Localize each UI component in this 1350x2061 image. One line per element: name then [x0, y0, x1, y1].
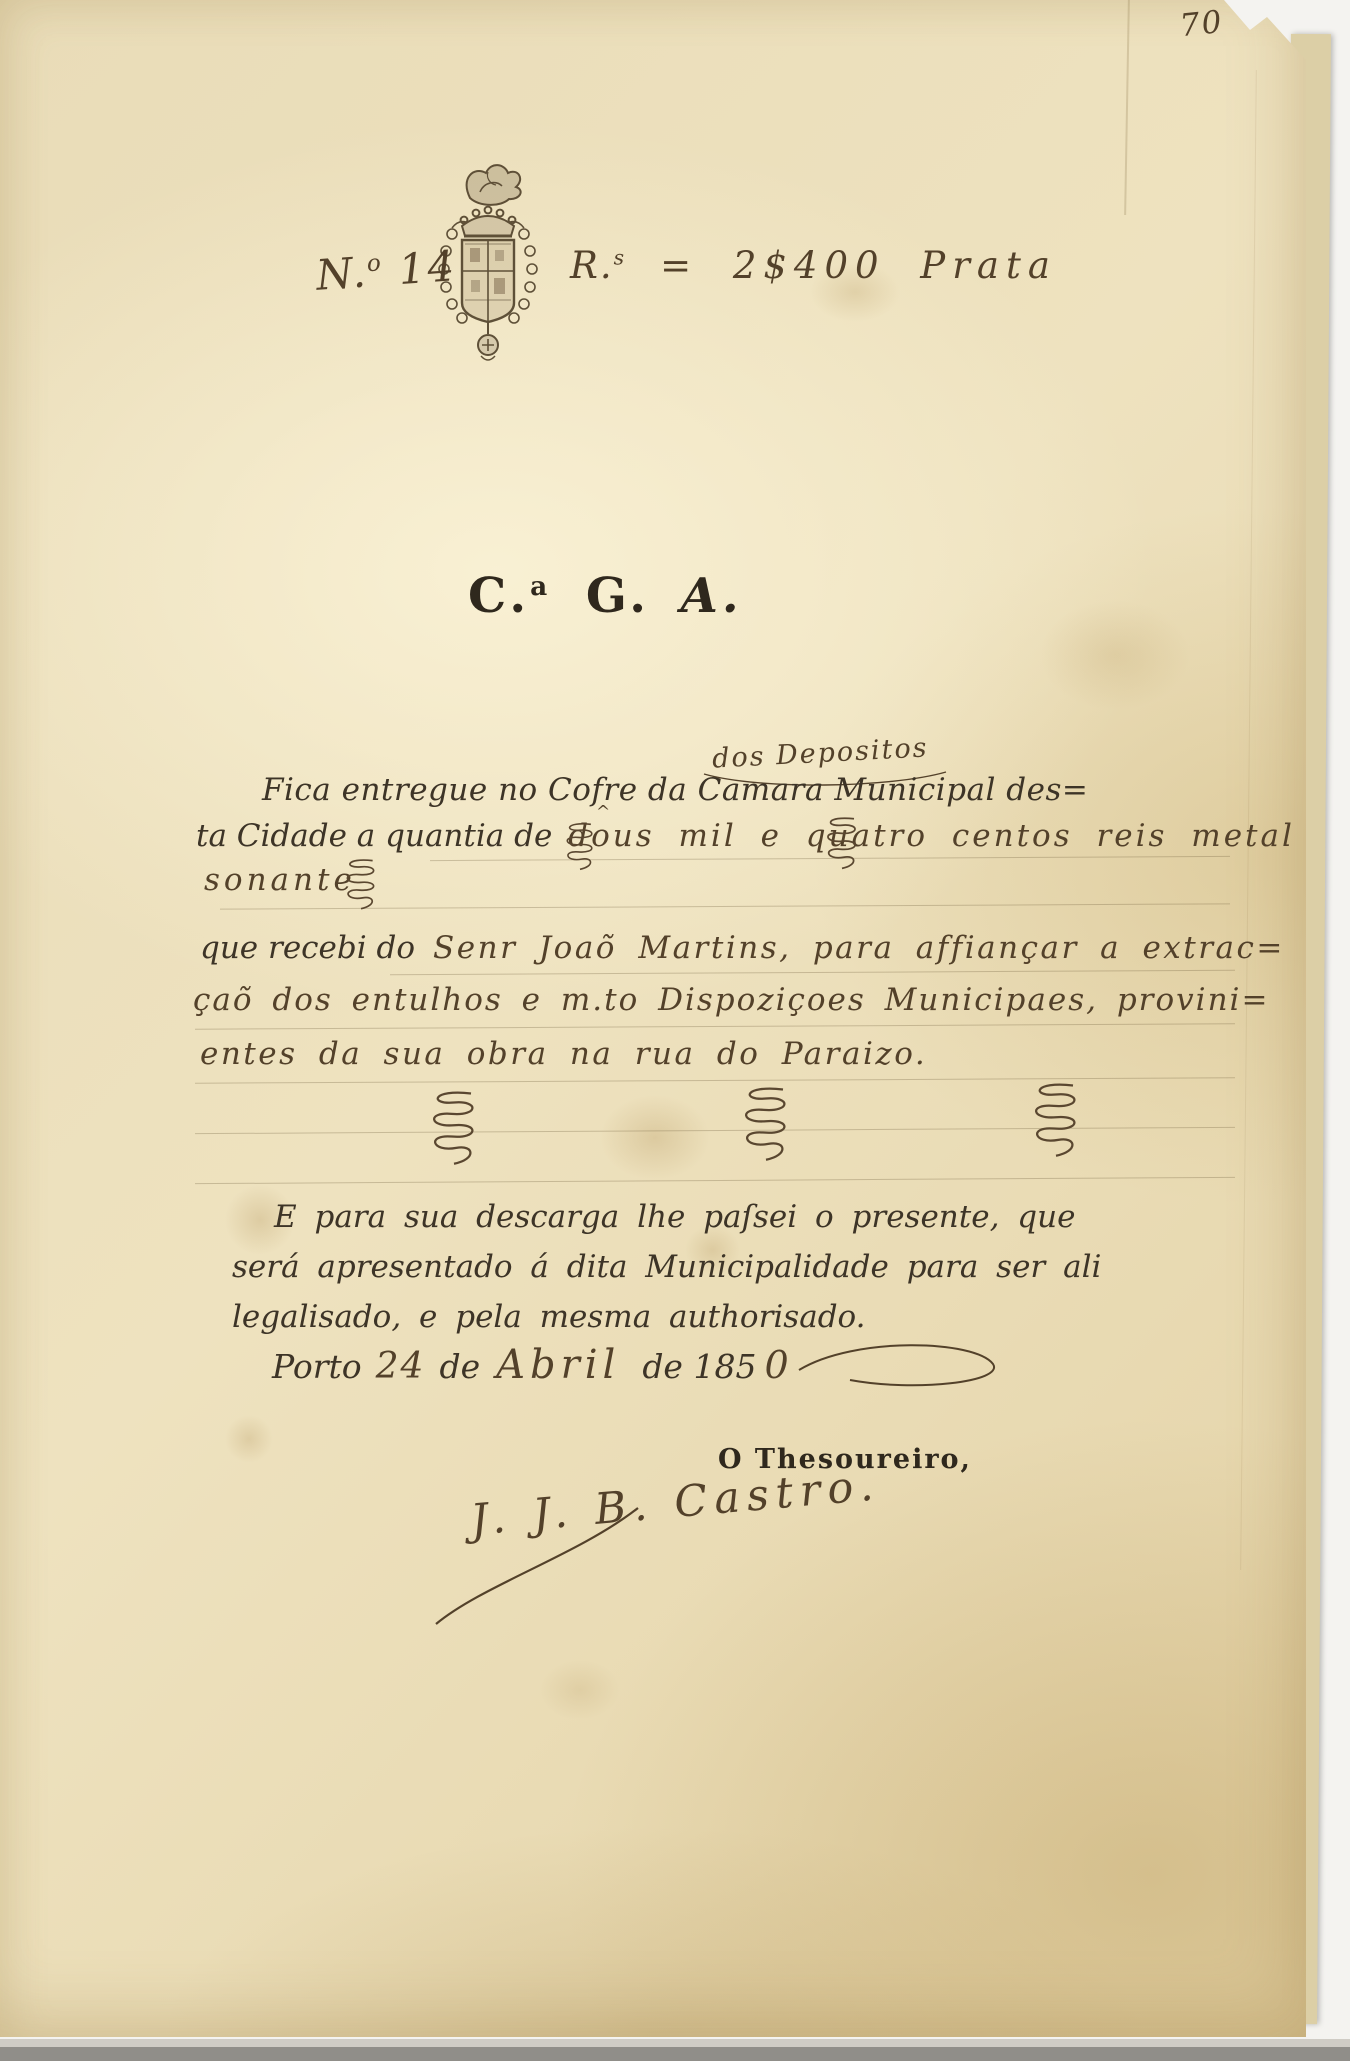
dateline-de1: de	[439, 1347, 480, 1386]
amount: R.s = 2$400 Prata	[570, 244, 1057, 287]
dateline-year-digit: 0	[764, 1343, 790, 1387]
series-title: C.a G. A.	[468, 568, 743, 624]
receipt-number-ordinal: o	[366, 250, 384, 277]
series-title-a: A.	[681, 568, 743, 624]
closing-line-2: será apresentado á dita Municipalidade p…	[232, 1242, 1101, 1292]
dateline-flourish	[795, 1342, 1005, 1388]
dateline-month: Abril	[496, 1342, 620, 1388]
filler-coil-icon	[732, 1082, 800, 1174]
paper-stain	[600, 1095, 710, 1180]
paper-stain	[540, 1660, 620, 1720]
receipt-number-value: 14	[397, 241, 458, 294]
body-line-2-printed: ta Cidade a quantia de	[196, 818, 552, 854]
folio-number: 70	[1178, 4, 1225, 44]
filler-coil-icon	[812, 814, 872, 878]
ruled-line	[195, 1177, 1235, 1184]
amount-currency-prefix: R.s	[570, 244, 626, 287]
body-line-2-hand: dous mil e quatro centos reis metal	[568, 818, 1295, 854]
receipt-number-prefix: N.	[314, 247, 369, 299]
filler-coil-icon	[1022, 1078, 1090, 1170]
ruled-line	[390, 970, 1235, 975]
document-scan: 70	[0, 0, 1350, 2061]
body-line-5-hand: çaõ dos entulhos e m.to Dispoziçoes Muni…	[193, 982, 1269, 1018]
filler-coil-icon	[332, 856, 390, 918]
body-line-4-printed: que recebi do	[200, 930, 415, 966]
body-line-1: Fica entregue no Cofre da Camara Municip…	[262, 772, 1088, 808]
scan-bottom-edge-dark	[0, 2047, 1350, 2061]
closing-paragraph: E para sua descarga lhe paſsei o present…	[232, 1192, 1101, 1342]
filler-coil-icon	[552, 820, 608, 878]
ruled-line	[195, 1023, 1235, 1029]
dateline-de2: de 185	[642, 1347, 756, 1386]
series-title-sup: a	[530, 571, 551, 602]
paper-stain	[1040, 600, 1190, 710]
dateline: Porto 24 de Abril de 185 0	[272, 1342, 1005, 1388]
closing-line-3: legalisado, e pela mesma authorisado.	[232, 1292, 1101, 1342]
receipt-paper: N.o 14 R.s = 2$400 Prata C.a G. A. dos D…	[0, 0, 1306, 2037]
series-title-g: G.	[586, 568, 650, 624]
signature-flourish	[428, 1500, 658, 1630]
series-title-c: C.	[468, 568, 530, 624]
closing-line-1: E para sua descarga lhe paſsei o present…	[232, 1192, 1101, 1242]
scan-bottom-edge-light	[0, 2039, 1350, 2047]
body-line-6-hand: entes da sua obra na rua do Paraizo.	[200, 1036, 927, 1072]
paper-crease	[1124, 0, 1130, 215]
body-line-4-hand: Senr Joaõ Martins, para affiançar a extr…	[433, 930, 1285, 966]
receipt-number: N.o 14	[314, 241, 457, 300]
dateline-day: 24	[376, 1346, 426, 1387]
body-line-4: que recebi do Senr Joaõ Martins, para af…	[200, 930, 1285, 966]
filler-coil-icon	[420, 1086, 488, 1178]
body-line-2: ta Cidade a quantia de dous mil e quatro…	[196, 818, 1295, 854]
paper-stain	[225, 1415, 273, 1463]
amount-value: = 2$400 Prata	[660, 244, 1057, 287]
dateline-city: Porto	[272, 1347, 362, 1386]
